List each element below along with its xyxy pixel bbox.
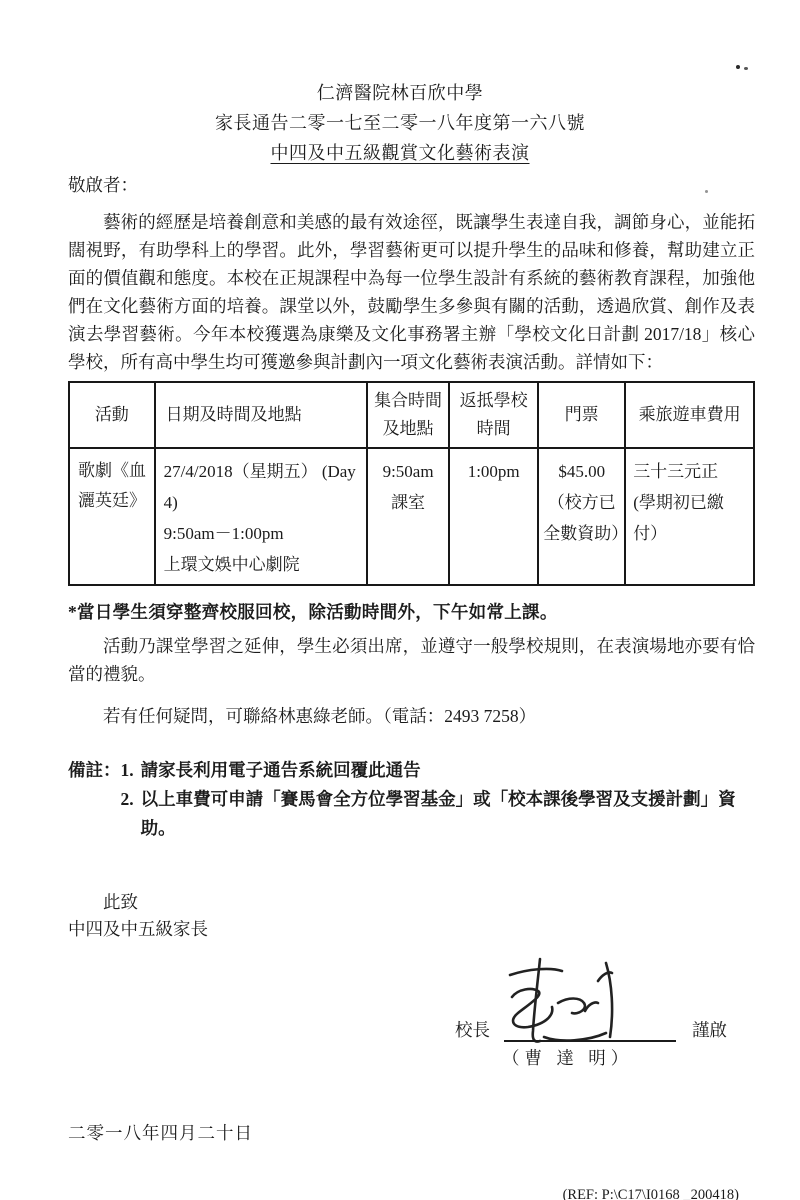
signoff-label: 謹啟 — [692, 1017, 727, 1042]
contact-paragraph: 若有任何疑問，可聯絡林惠綠老師。（電話：2493 7258） — [68, 702, 755, 730]
remarks-section: 備註： 1. 請家長利用電子通告系統回覆此通告 2. 以上車費可申請「賽馬會全方… — [68, 756, 755, 843]
school-name: 仁濟醫院林百欣中學 — [0, 78, 800, 108]
cell-date-time-venue: 27/4/2018（星期五） (Day 4) 9:50am－1:00pm 上環文… — [155, 448, 367, 585]
remark-number: 1. — [121, 756, 141, 785]
remarks-label: 備註： — [68, 756, 121, 843]
salutation: 敬啟者： — [68, 171, 755, 200]
signature-block: 校長 謹啟 （曹 達 明） — [68, 955, 755, 1071]
header-activity: 活動 — [69, 382, 155, 448]
cell-return-time: 1:00pm — [449, 448, 538, 585]
closing-cichi: 此致 — [68, 889, 755, 916]
signature-row: 校長 謹啟 — [455, 1017, 727, 1042]
closing-recipient: 中四及中五級家長 — [68, 916, 755, 943]
cell-ticket: $45.00 （校方已 全數資助） — [538, 448, 625, 585]
table-row: 歌劇《血 灑英廷》 27/4/2018（星期五） (Day 4) 9:50am－… — [69, 448, 754, 585]
notice-subject: 中四及中五級觀賞文化藝術表演 — [0, 138, 800, 168]
remark-number: 2. — [121, 785, 141, 843]
remark-text: 以上車費可申請「賽馬會全方位學習基金」或「校本課後學習及支援計劃」資助。 — [141, 785, 755, 843]
header-ticket: 門票 — [538, 382, 625, 448]
cell-assembly: 9:50am 課室 — [367, 448, 449, 585]
document-header: 仁濟醫院林百欣中學 家長通告二零一七至二零一八年度第一六八號 中四及中五級觀賞文… — [0, 78, 800, 168]
intro-paragraph: 藝術的經歷是培養創意和美感的最有效途徑，既讓學生表達自我，調節身心，並能拓闊視野… — [68, 208, 755, 376]
scanned-notice-page: 仁濟醫院林百欣中學 家長通告二零一七至二零一八年度第一六八號 中四及中五級觀賞文… — [0, 0, 800, 1200]
event-details-table: 活動 日期及時間及地點 集合時間 及地點 返抵學校 時間 門票 乘旅遊車費用 歌… — [68, 381, 755, 586]
scan-artifact-dot — [705, 190, 708, 193]
issue-date: 二零一八年四月二十日 — [68, 1119, 755, 1147]
signature-line — [504, 1018, 676, 1042]
scan-artifact-dot — [744, 67, 748, 70]
table-header-row: 活動 日期及時間及地點 集合時間 及地點 返抵學校 時間 門票 乘旅遊車費用 — [69, 382, 754, 448]
conduct-paragraph: 活動乃課堂學習之延伸，學生必須出席，並遵守一般學校規則，在表演場地亦要有恰當的禮… — [68, 632, 755, 688]
uniform-note: *當日學生須穿整齊校服回校，除活動時間外，下午如常上課。 — [68, 599, 755, 625]
header-coach-fee: 乘旅遊車費用 — [625, 382, 754, 448]
closing-section: 此致 中四及中五級家長 — [68, 889, 755, 943]
remarks-list: 1. 請家長利用電子通告系統回覆此通告 2. 以上車費可申請「賽馬會全方位學習基… — [121, 756, 756, 843]
header-assembly: 集合時間 及地點 — [367, 382, 449, 448]
scan-artifact-dot — [736, 65, 740, 69]
remark-item: 1. 請家長利用電子通告系統回覆此通告 — [121, 756, 756, 785]
remark-item: 2. 以上車費可申請「賽馬會全方位學習基金」或「校本課後學習及支援計劃」資助。 — [121, 785, 756, 843]
notice-number: 家長通告二零一七至二零一八年度第一六八號 — [0, 108, 800, 138]
remark-text: 請家長利用電子通告系統回覆此通告 — [141, 756, 421, 785]
principal-label: 校長 — [455, 1017, 490, 1042]
principal-name: （曹 達 明） — [502, 1045, 633, 1070]
reference-number: (REF: P:\C17\I0168 _200418) — [68, 1187, 755, 1200]
header-return-time: 返抵學校 時間 — [449, 382, 538, 448]
cell-activity: 歌劇《血 灑英廷》 — [69, 448, 155, 585]
cell-coach-fee: 三十三元正 (學期初已繳 付） — [625, 448, 754, 585]
header-date-time-venue: 日期及時間及地點 — [155, 382, 367, 448]
